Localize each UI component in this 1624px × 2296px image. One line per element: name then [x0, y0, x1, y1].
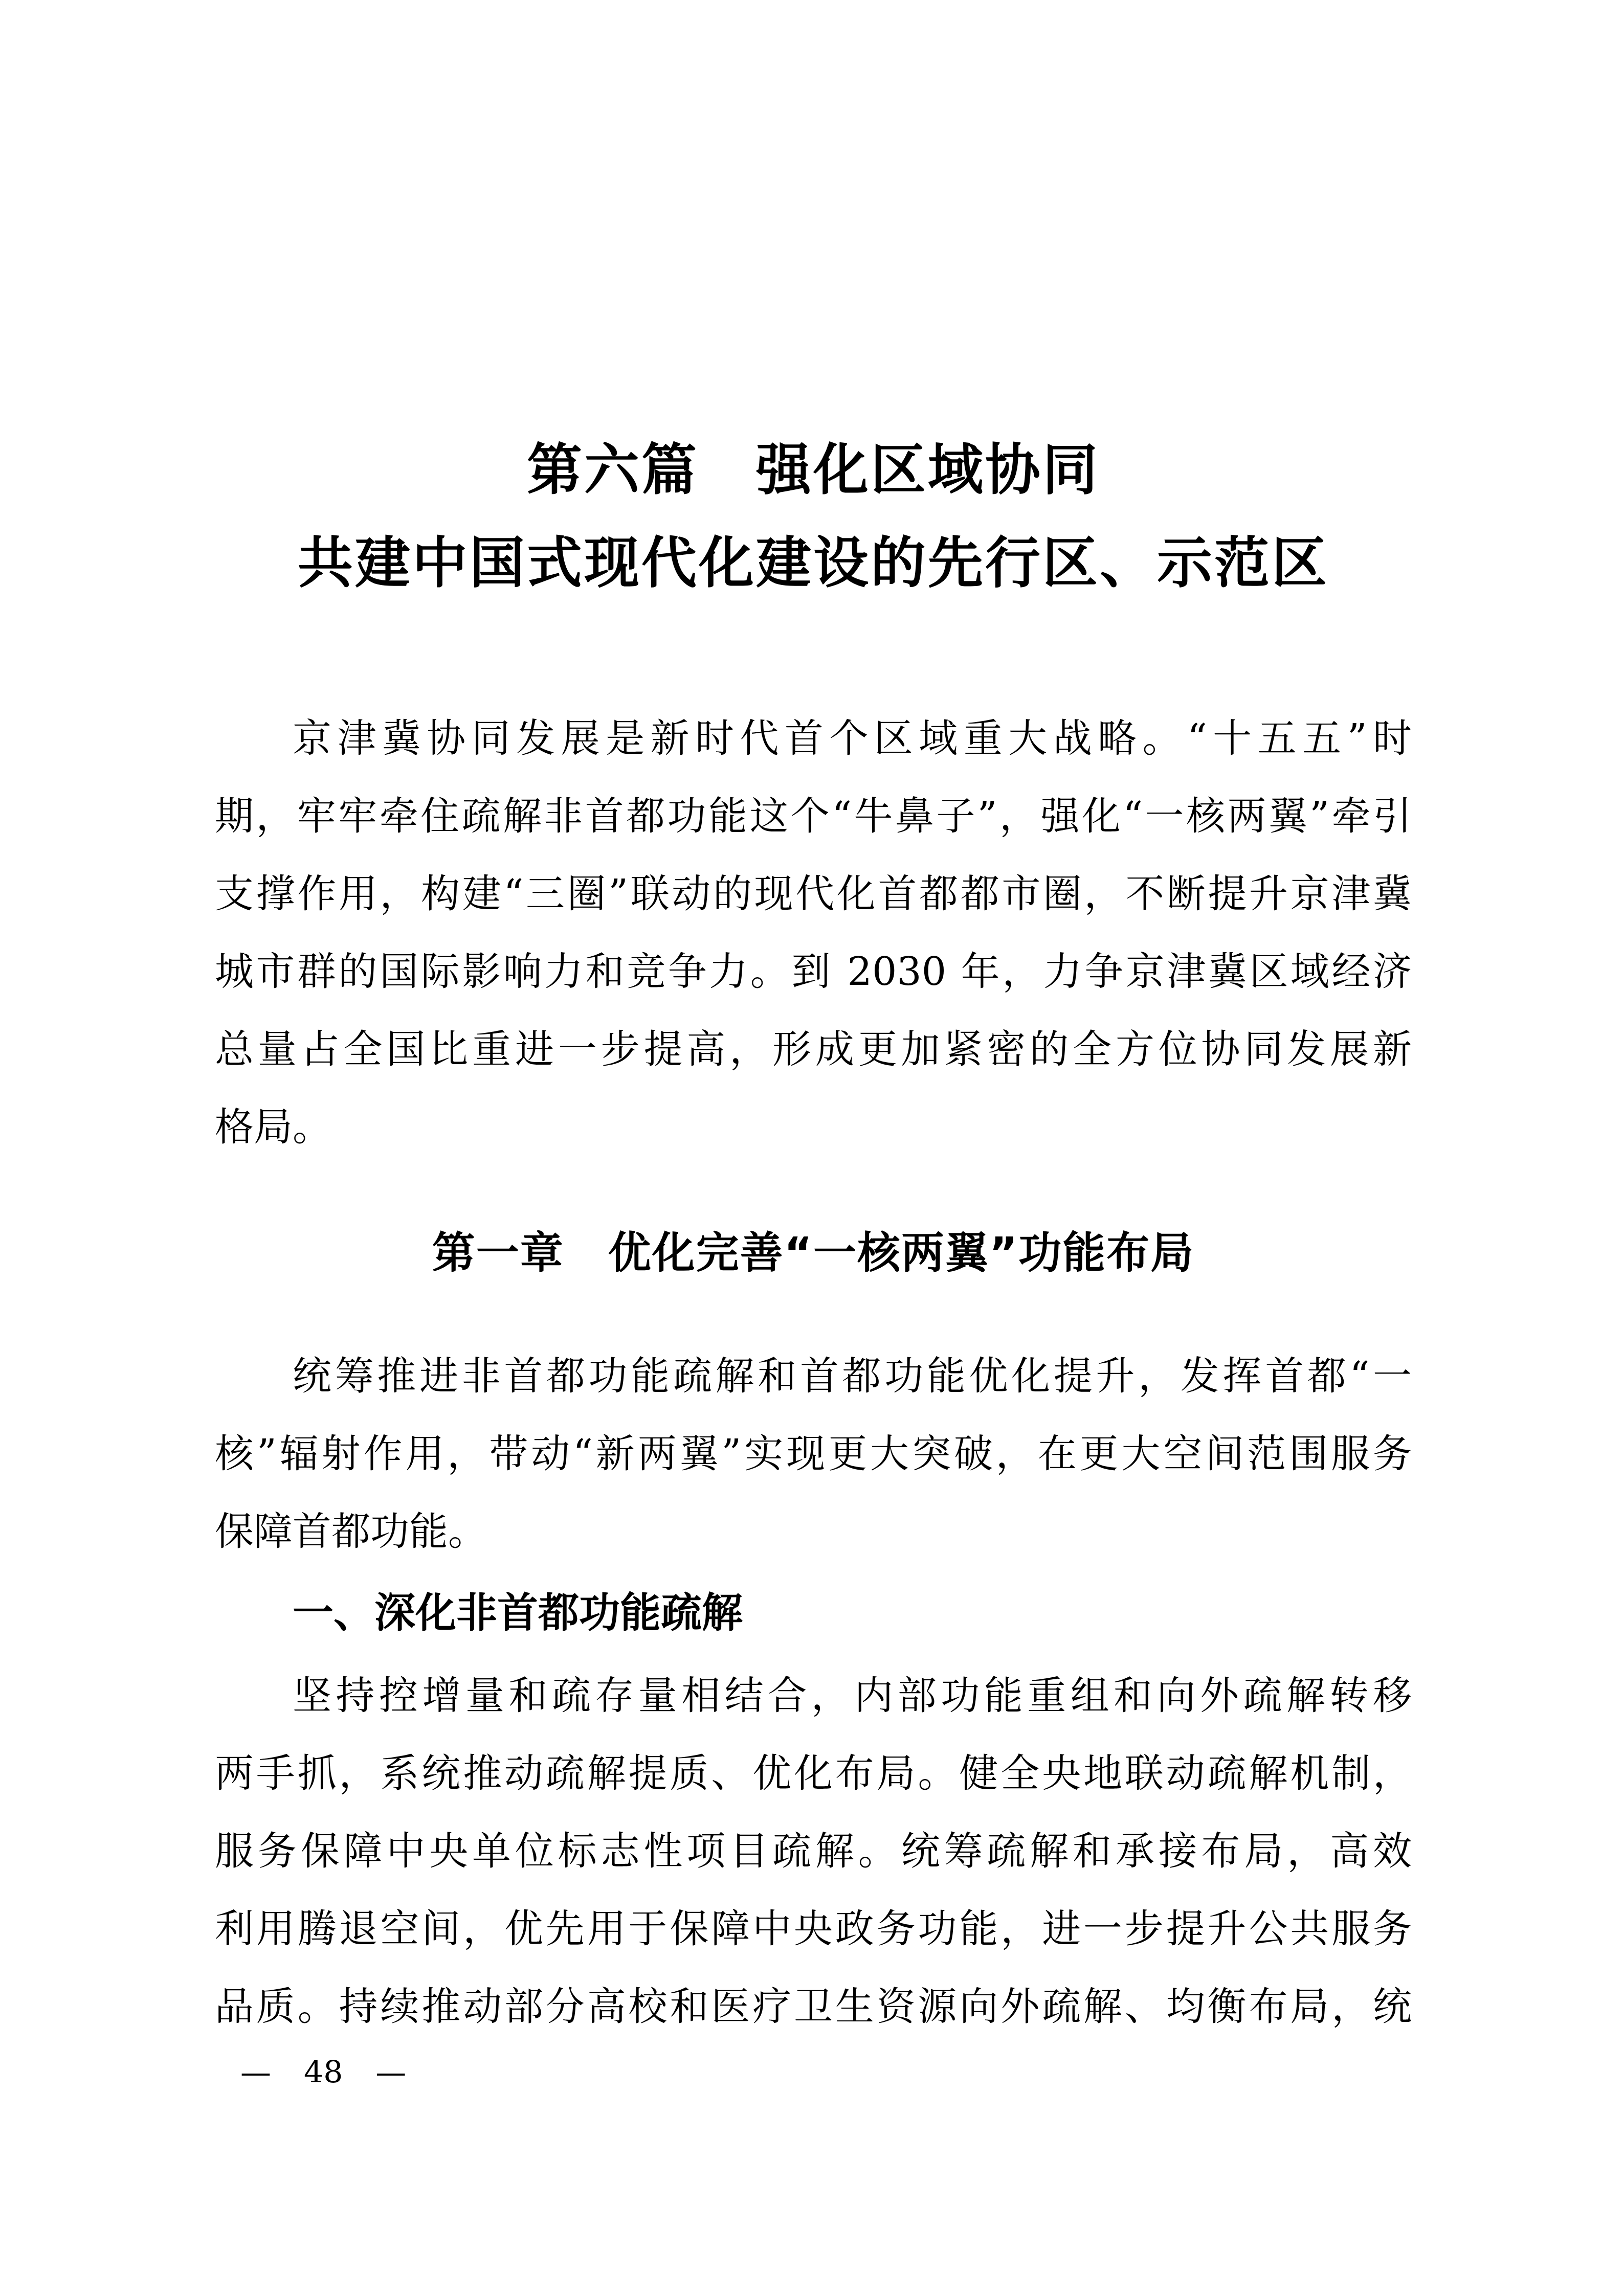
page-number: 48 — [304, 2050, 343, 2096]
footer-right-dash: — — [375, 2050, 406, 2096]
footer: — 48 — — [240, 2050, 406, 2096]
footer-left-dash: — — [240, 2050, 271, 2096]
body-text-line: 保障首都功能。 — [215, 1493, 1412, 1570]
chapter-heading: 第一章 优化完善“一核两翼”功能布局 — [215, 1222, 1412, 1284]
body-text-line: 总量占全国比重进一步提高，形成更加紧密的全方位协同发展新 — [215, 1010, 1412, 1088]
body-text-line: 坚持控增量和疏存量相结合，内部功能重组和向外疏解转移 — [215, 1657, 1412, 1735]
section-paragraph: 坚持控增量和疏存量相结合，内部功能重组和向外疏解转移 两手抓，系统推动疏解提质、… — [215, 1657, 1412, 2045]
document-page: 第六篇 强化区域协同 共建中国式现代化建设的先行区、示范区 京津冀协同发展是新时… — [0, 0, 1624, 2296]
body-text-line: 两手抓，系统推动疏解提质、优化布局。健全央地联动疏解机制， — [215, 1735, 1412, 1812]
body-text-line: 服务保障中央单位标志性项目疏解。统筹疏解和承接布局，高效 — [215, 1812, 1412, 1890]
section-heading: 一、深化非首都功能疏解 — [215, 1574, 1412, 1652]
intro-paragraph: 京津冀协同发展是新时代首个区域重大战略。“十五五”时 期，牢牢牵住疏解非首都功能… — [215, 700, 1412, 1166]
body-text-line: 城市群的国际影响力和竞争力。到 2030 年，力争京津冀区域经济 — [215, 933, 1412, 1010]
body-text-line: 期，牢牢牵住疏解非首都功能这个“牛鼻子”，强化“一核两翼”牵引 — [215, 777, 1412, 855]
body-text-line: 京津冀协同发展是新时代首个区域重大战略。“十五五”时 — [215, 700, 1412, 777]
body-text-line: 品质。持续推动部分高校和医疗卫生资源向外疏解、均衡布局，统 — [215, 1968, 1412, 2045]
body-text-line: 利用腾退空间，优先用于保障中央政务功能，进一步提升公共服务 — [215, 1890, 1412, 1968]
body-text-line: 统筹推进非首都功能疏解和首都功能优化提升，发挥首都“一 — [215, 1337, 1412, 1415]
body-text-line: 核”辐射作用，带动“新两翼”实现更大突破，在更大空间范围服务 — [215, 1415, 1412, 1493]
doc-title-line-1: 第六篇 强化区域协同 — [215, 423, 1412, 516]
body-text-line: 支撑作用，构建“三圈”联动的现代化首都都市圈，不断提升京津冀 — [215, 855, 1412, 933]
doc-title: 第六篇 强化区域协同 共建中国式现代化建设的先行区、示范区 — [215, 423, 1412, 610]
doc-title-line-2: 共建中国式现代化建设的先行区、示范区 — [215, 516, 1412, 610]
body-text-line: 格局。 — [215, 1088, 1412, 1166]
chapter-paragraph: 统筹推进非首都功能疏解和首都功能优化提升，发挥首都“一 核”辐射作用，带动“新两… — [215, 1337, 1412, 1570]
